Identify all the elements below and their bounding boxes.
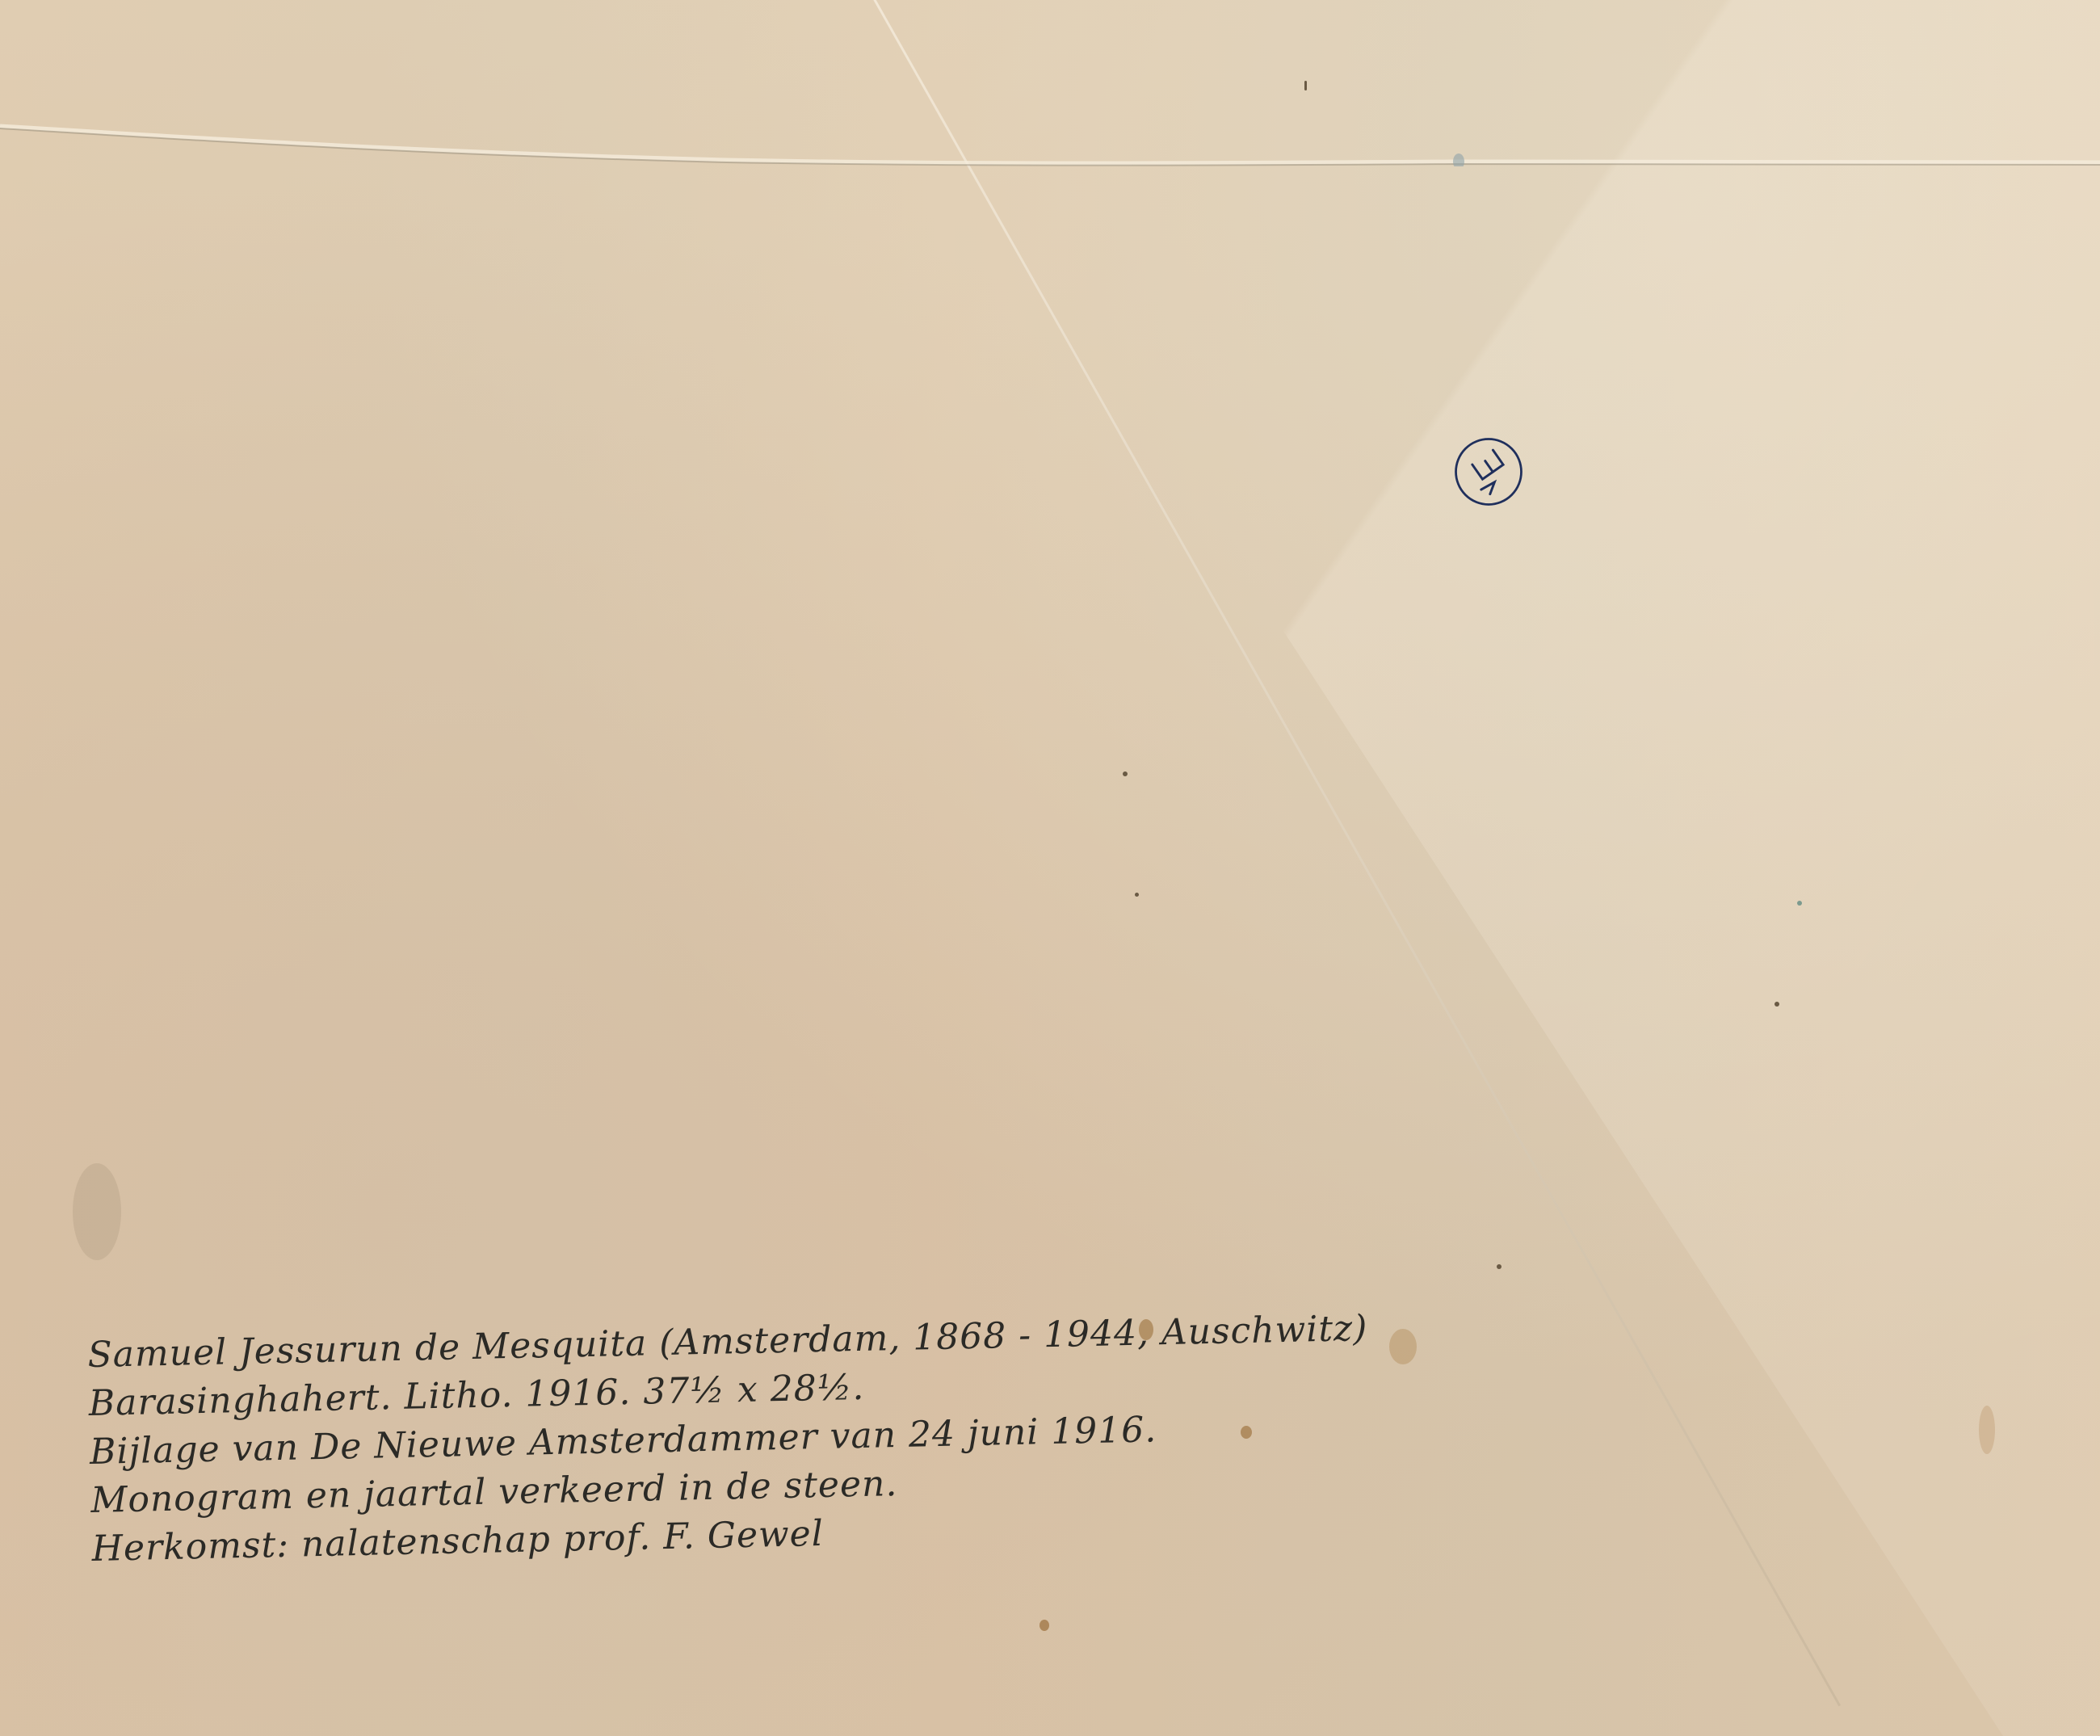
handwritten-provenance-note: Samuel Jessurun de Mesquita (Amsterdam, … <box>87 1305 1372 1574</box>
foxing-stain <box>1979 1406 1995 1454</box>
horizontal-fold-crease <box>0 121 2100 166</box>
speck <box>1123 771 1128 776</box>
speck <box>1135 893 1139 897</box>
speck <box>1797 901 1802 906</box>
foxing-stain <box>1389 1329 1417 1364</box>
water-stain <box>73 1163 121 1260</box>
speck <box>1774 1002 1779 1007</box>
stamp-mark-icon <box>1451 435 1526 509</box>
speck <box>1497 1264 1501 1269</box>
foxing-stain <box>1039 1620 1049 1631</box>
speck <box>1304 81 1307 90</box>
collector-stamp <box>1451 435 1526 509</box>
paper-sheet: Samuel Jessurun de Mesquita (Amsterdam, … <box>0 0 2100 1736</box>
